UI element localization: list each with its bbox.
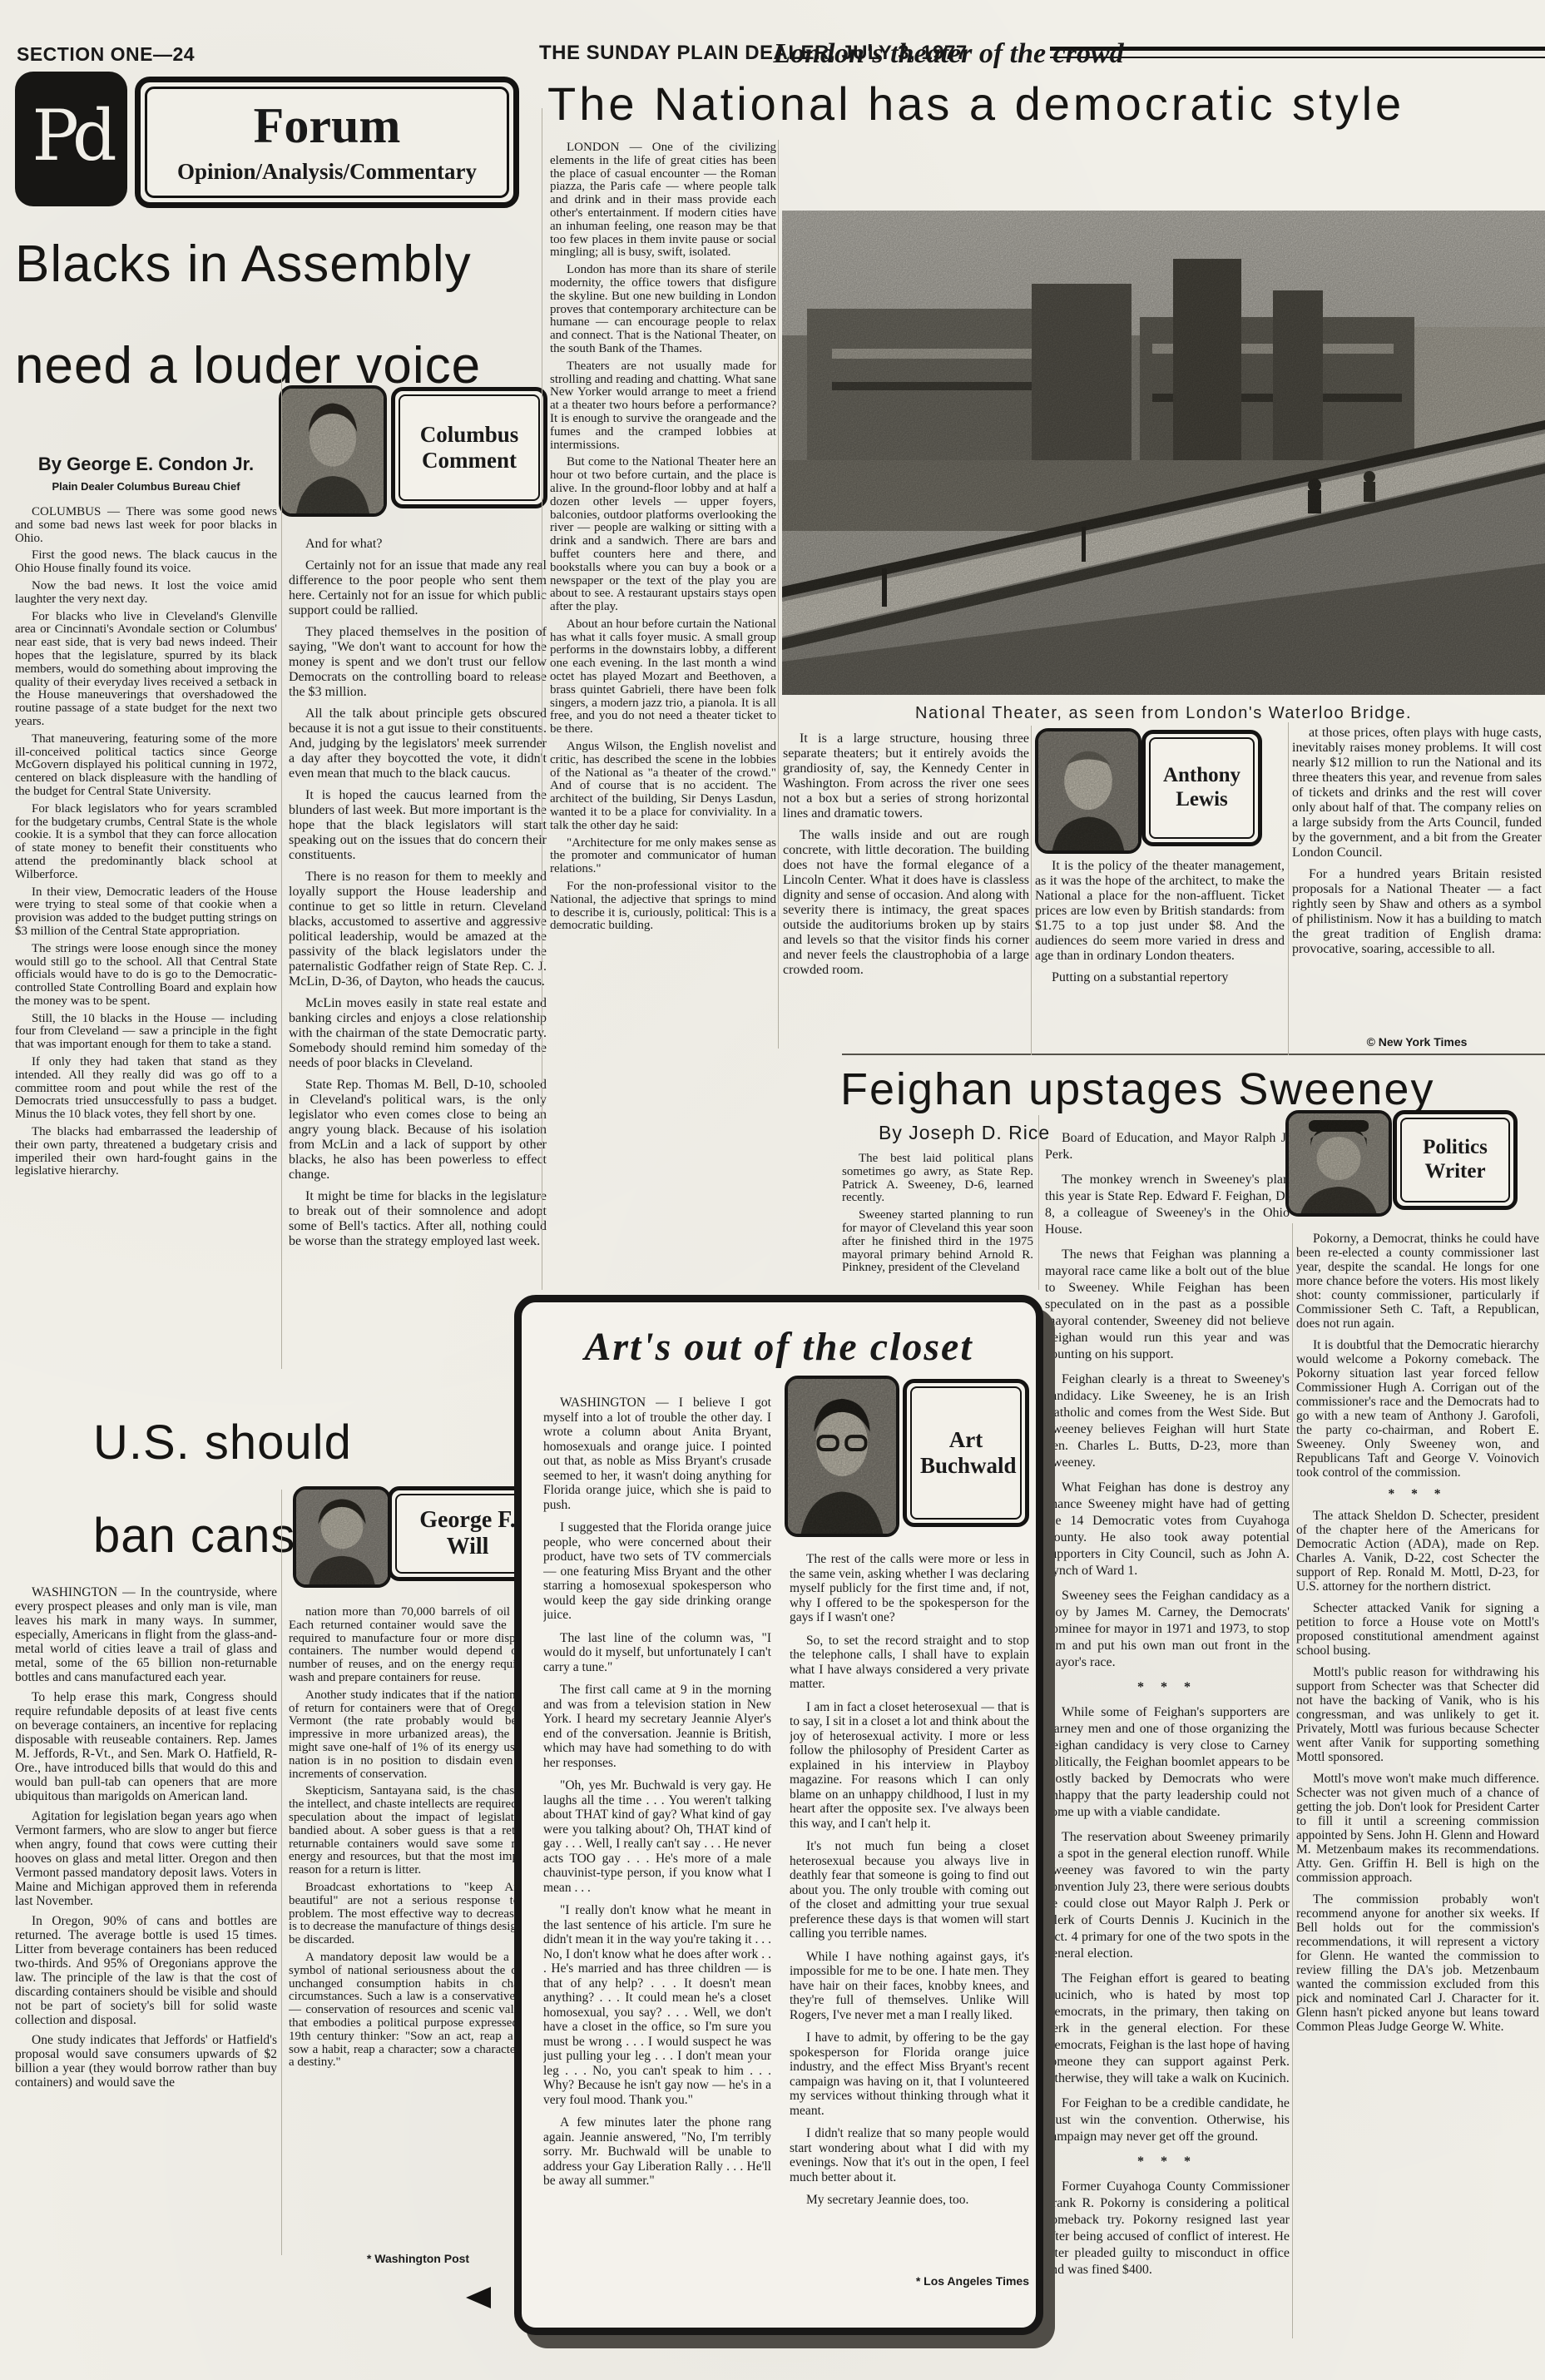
condon-byline-title: Plain Dealer Columbus Bureau Chief (15, 480, 277, 493)
buchwald-column-2: The rest of the calls were more or less … (790, 1552, 1029, 2268)
buchwald-credit: * Los Angeles Times (790, 2274, 1029, 2288)
national-photo-caption: National Theater, as seen from London's … (782, 704, 1545, 723)
feighan-column-1: The best laid political plans sometimes … (842, 1153, 1033, 1296)
column-divider (1292, 1223, 1293, 2338)
feighan-byline: By Joseph D. Rice (879, 1122, 1050, 1144)
condon-byline-block: By George E. Condon Jr. Plain Dealer Col… (15, 454, 277, 493)
will-column-1: WASHINGTON — In the countryside, where e… (15, 1585, 277, 2297)
national-kicker: London's theater of the crowd (632, 38, 1265, 70)
feighan-column-3: Pokorny, a Democrat, thinks he could hav… (1296, 1232, 1539, 2347)
feighan-headline: Feighan upstages Sweeney (840, 1064, 1434, 1115)
politics-writer-label: Politics Writer (1414, 1136, 1497, 1184)
end-of-story-arrow (466, 2287, 491, 2308)
condon-byline: By George E. Condon Jr. (15, 454, 277, 475)
column-divider (281, 1490, 282, 2255)
anthony-lewis-label: Anthony Lewis (1161, 764, 1244, 812)
will-portrait-photo (293, 1486, 391, 1588)
buchwald-title: Art's out of the closet (522, 1324, 1036, 1370)
buchwald-article-box: Art's out of the closet WASHINGTON — I b… (514, 1295, 1043, 2335)
condon-column-1: COLUMBUS — There was some good news and … (15, 506, 277, 1371)
will-headline-line2: ban cans (93, 1508, 295, 1564)
will-headline-line1: U.S. should (93, 1415, 352, 1470)
politics-writer-box: Politics Writer (1393, 1110, 1518, 1210)
buchwald-column-1: WASHINGTON — I believe I got myself into… (543, 1396, 771, 2311)
columbus-comment-box: Columbus Comment (391, 387, 547, 508)
columbus-comment-label: Columbus Comment (419, 422, 519, 474)
anthony-lewis-box: Anthony Lewis (1141, 730, 1262, 846)
condon-portrait-photo (279, 385, 387, 517)
will-column-2: nation more than 70,000 barrels of oil a… (289, 1606, 547, 2247)
column-divider (778, 140, 779, 1049)
condon-headline-line1: Blacks in Assembly (15, 235, 472, 294)
national-column-c: It is the policy of the theater manageme… (1035, 859, 1285, 1057)
condon-column-2: And for what?Certainly not for an issue … (289, 537, 547, 1431)
plain-dealer-logo: Pd (15, 72, 127, 206)
feighan-top-rule (842, 1054, 1545, 1055)
national-headline: The National has a democratic style (547, 77, 1404, 131)
plain-dealer-logo-glyph: Pd (32, 95, 110, 176)
national-column-b: It is a large structure, housing three s… (783, 731, 1029, 1058)
column-divider (1038, 1115, 1039, 1290)
column-divider (1031, 726, 1032, 1055)
section-label: SECTION ONE—24 (17, 43, 195, 66)
will-credit: * Washington Post (289, 2252, 547, 2265)
column-divider (1288, 722, 1289, 1055)
national-column-a: LONDON — One of the civilizing elements … (550, 141, 776, 1044)
national-credit: © New York Times (1292, 1035, 1542, 1049)
anthony-lewis-portrait-photo (1035, 728, 1141, 854)
national-theater-photo (782, 211, 1545, 695)
politics-writer-portrait-photo (1285, 1110, 1392, 1217)
art-buchwald-label: Art Buchwald (920, 1427, 1012, 1479)
column-divider (542, 108, 542, 1290)
feighan-column-2: Board of Education, and Mayor Ralph J. P… (1045, 1130, 1290, 2320)
column-divider (281, 379, 282, 1369)
george-will-label: George F. Will (413, 1507, 522, 1560)
forum-masthead-box: Forum Opinion/Analysis/Commentary (135, 77, 519, 208)
art-buchwald-box: Art Buchwald (903, 1379, 1029, 1527)
newspaper-page: SECTION ONE—24 THE SUNDAY PLAIN DEALER, … (0, 0, 1545, 2380)
national-column-d: at those prices, often plays with huge c… (1292, 726, 1542, 1029)
forum-title: Forum (254, 101, 401, 151)
forum-subtitle: Opinion/Analysis/Commentary (177, 159, 477, 185)
art-buchwald-portrait-photo (785, 1376, 899, 1537)
